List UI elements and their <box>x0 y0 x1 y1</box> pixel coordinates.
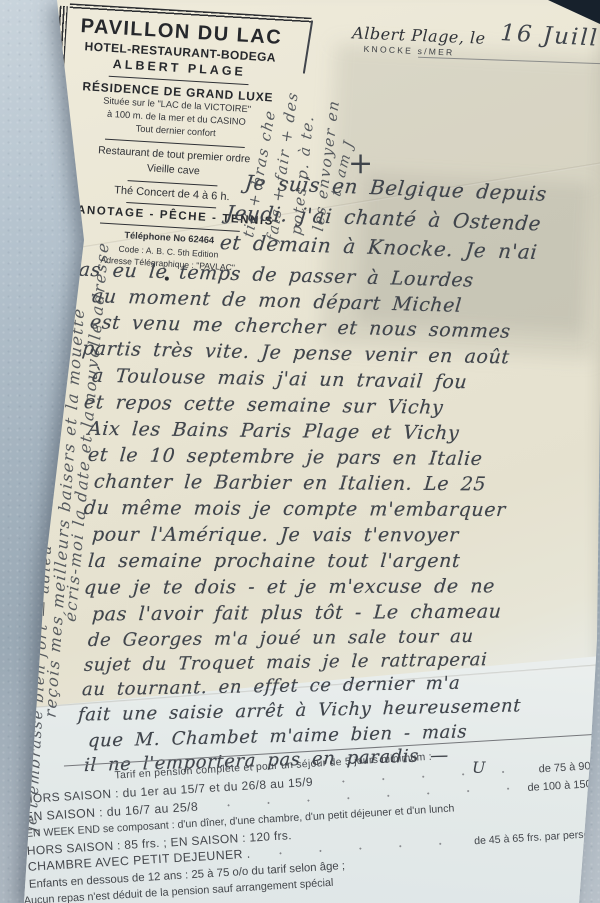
handwriting-line: pour l'Amérique. Je vais t'envoyer <box>91 524 460 547</box>
letter-paper: PAVILLON DU LAC HOTEL-RESTAURANT-BODEGA … <box>0 0 600 903</box>
paper-wrap: PAVILLON DU LAC HOTEL-RESTAURANT-BODEGA … <box>0 0 600 903</box>
handwriting-line: du même mois je compte m'embarquer <box>83 497 507 521</box>
handwriting-line: pas l'avoir fait plus tôt - Le chameau <box>91 601 502 626</box>
handwriting-line: et repos cette semaine sur Vichy <box>83 391 444 419</box>
handwriting-line: chanter le Barbier en Italien. Le 25 <box>93 471 487 496</box>
pen-stroke-mark <box>303 20 313 74</box>
tariff-price: de 75 à 90 frs. <box>538 757 600 778</box>
handwritten-date: 16 Juill et 9 <box>500 20 600 55</box>
handwriting-line: à Toulouse mais j'ai un travail fou <box>91 365 468 394</box>
handwriting-line: de Georges m'a joué un sale tour au <box>87 626 474 651</box>
handwriting-line: que je te dois - et je m'excuse de ne <box>83 575 496 598</box>
handwriting-line: la semaine prochaine tout l'argent <box>87 550 461 572</box>
handwriting-line: Aix les Bains Paris Plage et Vichy <box>87 418 460 445</box>
handwriting-line: et le 10 septembre je pars en Italie <box>87 444 483 470</box>
tariff-price: de 100 à 150 frs. <box>527 775 600 796</box>
date-block: Albert Plage, le KNOCKE s/MER 16 Juill e… <box>351 23 486 59</box>
